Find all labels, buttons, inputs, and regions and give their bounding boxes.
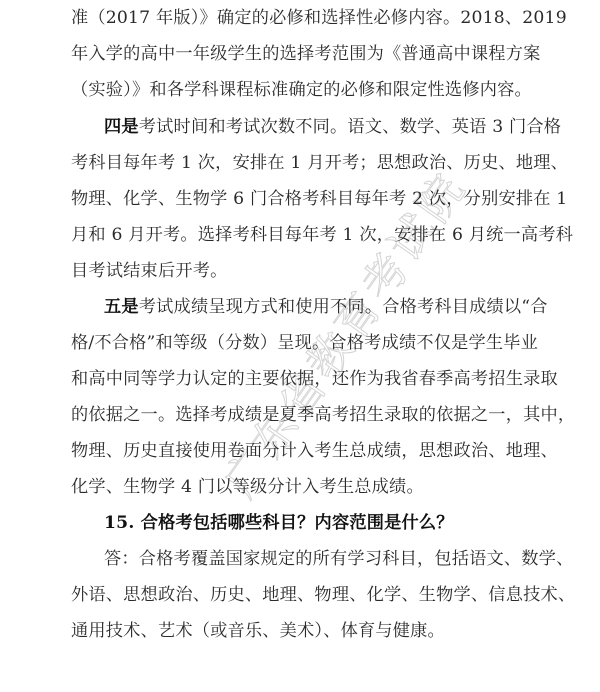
text-line: 外语、思想政治、历史、地理、物理、化学、生物学、信息技术、 [71, 577, 527, 613]
answer-line: 答：合格考覆盖国家规定的所有学习科目，包括语文、数学、 [104, 541, 527, 577]
paragraph-five-first-line: 五是考试成绩呈现方式和使用不同。合格考科目成绩以“合 [104, 289, 527, 325]
text-line: 月和 6 月开考。选择考科目每年考 1 次，安排在 6 月统一高考科 [71, 217, 527, 253]
text-line: 物理、历史直接使用卷面分计入考生总成绩，思想政治、地理、 [71, 433, 527, 469]
text-line: 的依据之一。选择考成绩是夏季高考招生录取的依据之一，其中， [71, 397, 527, 433]
text-line: 准（2017 年版）》确定的必修和选择性必修内容。2018、2019 [71, 0, 527, 36]
text-line: 和高中同等学力认定的主要依据，还作为我省春季高考招生录取 [71, 361, 527, 397]
paragraph-text: 考试时间和考试次数不同。语文、数学、英语 3 门合格 [139, 117, 561, 137]
text-line: 考科目每年考 1 次，安排在 1 月开考；思想政治、历史、地理、 [71, 145, 527, 181]
paragraph-text: 考试成绩呈现方式和使用不同。合格考科目成绩以“合 [139, 297, 548, 317]
document-page: 广东省教育考试院 准（2017 年版）》确定的必修和选择性必修内容。2018、2… [0, 0, 600, 692]
text-line: 物理、化学、生物学 6 门合格考科目每年考 2 次，分别安排在 1 [71, 181, 527, 217]
text-line: 年入学的高中一年级学生的选择考范围为《普通高中课程方案 [71, 36, 527, 72]
paragraph-lead: 五是 [104, 297, 139, 317]
question-15-heading: 15. 合格考包括哪些科目？内容范围是什么？ [104, 505, 454, 541]
text-line: （实验）》和各学科课程标准确定的必修和限定性选修内容。 [71, 72, 527, 108]
text-line: 目考试结束后开考。 [71, 253, 527, 289]
text-line: 化学、生物学 4 门以等级分计入考生总成绩。 [71, 469, 527, 505]
text-line: 通用技术、艺术（或音乐、美术）、体育与健康。 [71, 613, 527, 649]
paragraph-four-first-line: 四是考试时间和考试次数不同。语文、数学、英语 3 门合格 [104, 109, 527, 145]
text-line: 格/不合格”和等级（分数）呈现。合格考成绩不仅是学生毕业 [71, 325, 527, 361]
paragraph-lead: 四是 [104, 117, 139, 137]
